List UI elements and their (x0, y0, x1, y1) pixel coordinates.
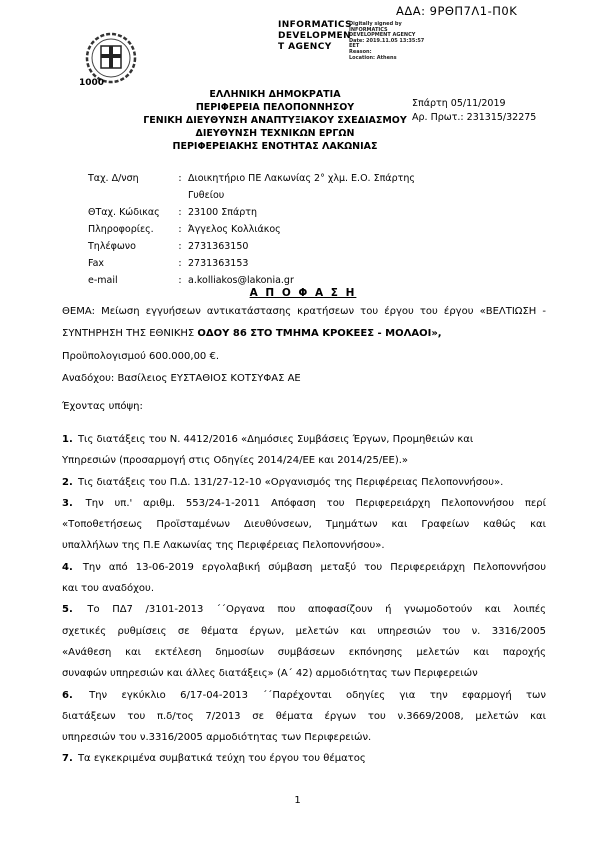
item-text: Τις διατάξεις του Π.Δ. 131/27-12-10 «Οργ… (78, 477, 503, 488)
list-item-line: 4. Την από 13-06-2019 εργολαβική σύμβαση… (62, 557, 546, 578)
subject-text-normal: ΣΥΝΤΗΡΗΣΗ ΤΗΣ ΕΘΝΙΚΗΣ (62, 328, 197, 339)
list-item-line: 2. Τις διατάξεις του Π.Δ. 131/27-12-10 «… (62, 472, 546, 493)
item-number: 2. (62, 477, 73, 488)
contact-label: ΘΤαχ. Κώδικας (88, 204, 172, 221)
contact-separator: : (172, 204, 188, 221)
item-text: Τα εγκεκριμένα συμβατικά τεύχη του έργου… (78, 753, 366, 764)
item-number: 6. (62, 690, 73, 701)
page-number: 1 (0, 795, 595, 806)
item-text: υπαλλήλων της Π.Ε Λακωνίας της Περιφέρει… (62, 540, 385, 551)
item-text: Τις διατάξεις του Ν. 4412/2016 «Δημόσιες… (78, 434, 473, 445)
signature-detail-line: Location: Athens (349, 56, 424, 62)
stamp-agency-line: T AGENCY (278, 42, 352, 53)
signature-details: Digitally signed by INFORMATICS DEVELOPM… (349, 22, 424, 61)
contact-info: Ταχ. Δ/νση : Διοικητήριο ΠΕ Λακωνίας 2° … (88, 170, 458, 289)
item-text: «Ανάθεση και εκτέλεση δημοσίων συμβάσεων… (62, 647, 546, 658)
list-item-line: 1. Τις διατάξεις του Ν. 4412/2016 «Δημόσ… (62, 429, 546, 450)
org-header: ΕΛΛΗΝΙΚΗ ΔΗΜΟΚΡΑΤΙΑ ΠΕΡΙΦΕΡΕΙΑ ΠΕΛΟΠΟΝΝΗ… (110, 88, 440, 153)
header-line-region: ΠΕΡΙΦΕΡΕΙΑ ΠΕΛΟΠΟΝΝΗΣΟΥ (110, 101, 440, 114)
emblem-caption: 1000 (79, 78, 104, 88)
decision-heading: Α Π Ο Φ Α Σ Η (60, 287, 546, 299)
list-item-line: διατάξεων του π.δ/τος 7/2013 σε θέματα έ… (62, 706, 546, 727)
item-text: και του αναδόχου. (62, 583, 154, 594)
contact-separator: : (172, 255, 188, 272)
header-line-republic: ΕΛΛΗΝΙΚΗ ΔΗΜΟΚΡΑΤΙΑ (110, 88, 440, 101)
contact-row-address: Ταχ. Δ/νση : Διοικητήριο ΠΕ Λακωνίας 2° … (88, 170, 458, 204)
legal-basis-list: 1. Τις διατάξεις του Ν. 4412/2016 «Δημόσ… (62, 429, 546, 770)
item-number: 3. (62, 498, 73, 509)
contact-row-postal-code: ΘΤαχ. Κώδικας : 23100 Σπάρτη (88, 204, 458, 221)
item-text: συναφών υπηρεσιών και άλλες διατάξεις» (… (62, 668, 478, 679)
list-item-line: 3. Την υπ.' αριθμ. 553/24-1-2011 Απόφαση… (62, 493, 546, 514)
stamp-agency-line: INFORMATICS (278, 20, 352, 31)
subject-paragraph: ΘΕΜΑ: Μείωση εγγυήσεων αντικατάστασης κρ… (62, 301, 546, 391)
subject-budget-line: Προϋπολογισμού 600.000,00 €. (62, 346, 546, 368)
list-item-line: συναφών υπηρεσιών και άλλες διατάξεις» (… (62, 663, 546, 684)
list-item-line: «Ανάθεση και εκτέλεση δημοσίων συμβάσεων… (62, 642, 546, 663)
contact-separator: : (172, 221, 188, 238)
protocol-block: Σπάρτη 05/11/2019 Αρ. Πρωτ.: 231315/3227… (412, 97, 536, 125)
subject-line: ΣΥΝΤΗΡΗΣΗ ΤΗΣ ΕΘΝΙΚΗΣ ΟΔΟΥ 86 ΣΤΟ ΤΜΗΜΑ … (62, 323, 546, 345)
item-text: Την από 13-06-2019 εργολαβική σύμβαση με… (83, 562, 546, 573)
having-regard-label: Έχοντας υπόψη: (62, 401, 143, 412)
protocol-place-date: Σπάρτη 05/11/2019 (412, 97, 536, 111)
header-line-directorate: ΔΙΕΥΘΥΝΣΗ ΤΕΧΝΙΚΩΝ ΕΡΓΩΝ (110, 127, 440, 140)
item-text: υπηρεσιών του ν.3316/2005 αρμοδιότητας τ… (62, 732, 371, 743)
emblem-svg (84, 31, 138, 85)
list-item-line: και του αναδόχου. (62, 578, 546, 599)
stamp-agency-line: DEVELOPMEN (278, 31, 352, 42)
contact-value: Διοικητήριο ΠΕ Λακωνίας 2° χλμ. Ε.Ο. Σπά… (188, 170, 458, 204)
contact-value: 2731363153 (188, 255, 458, 272)
item-text: Την εγκύκλιο 6/17-04-2013 ΄΄Παρέχονται ο… (89, 690, 546, 701)
contact-row-information: Πληροφορίες. : Άγγελος Κολλιάκος (88, 221, 458, 238)
contact-address-line1: Διοικητήριο ΠΕ Λακωνίας 2° χλμ. Ε.Ο. Σπά… (188, 173, 415, 184)
contact-value: 2731363150 (188, 238, 458, 255)
contact-label: Ταχ. Δ/νση (88, 170, 172, 204)
contact-value: 23100 Σπάρτη (188, 204, 458, 221)
contact-address-line2: Γυθείου (188, 187, 458, 204)
list-item-line: 5. Το ΠΔ7 /3101-2013 ΄΄Οργανα που αποφασ… (62, 599, 546, 620)
subject-text-bold: ΟΔΟΥ 86 ΣΤΟ ΤΜΗΜΑ ΚΡΟΚΕΕΣ - ΜΟΛΑΟΙ», (197, 328, 441, 339)
protocol-number: Αρ. Πρωτ.: 231315/32275 (412, 111, 536, 125)
contact-separator: : (172, 170, 188, 204)
list-item-line: σχετικές ρυθμίσεις σε θέματα έργων, μελε… (62, 621, 546, 642)
item-text: σχετικές ρυθμίσεις σε θέματα έργων, μελε… (62, 626, 546, 637)
contact-row-fax: Fax : 2731363153 (88, 255, 458, 272)
item-number: 5. (62, 604, 73, 615)
ada-code: ΑΔΑ: 9ΡΘΠ7Λ1-Π0Κ (396, 4, 517, 18)
contact-label: Fax (88, 255, 172, 272)
header-line-regional-unit: ΠΕΡΙΦΕΡΕΙΑΚΗΣ ΕΝΟΤΗΤΑΣ ΛΑΚΩΝΙΑΣ (110, 140, 440, 153)
item-text: διατάξεων του π.δ/τος 7/2013 σε θέματα έ… (62, 711, 546, 722)
list-item-line: «Τοποθετήσεως Προϊσταμένων Διευθύνσεων, … (62, 514, 546, 535)
list-item-line: υπηρεσιών του ν.3316/2005 αρμοδιότητας τ… (62, 727, 546, 748)
item-number: 7. (62, 753, 73, 764)
item-text: Την υπ.' αριθμ. 553/24-1-2011 Απόφαση το… (86, 498, 546, 509)
header-line-general-directorate: ΓΕΝΙΚΗ ΔΙΕΥΘΥΝΣΗ ΑΝΑΠΤΥΞΙΑΚΟΥ ΣΧΕΔΙΑΣΜΟΥ (110, 114, 440, 127)
contact-value: Άγγελος Κολλιάκος (188, 221, 458, 238)
item-text: Υπηρεσιών (προσαρμογή στις Οδηγίες 2014/… (62, 455, 408, 466)
list-item-line: 6. Την εγκύκλιο 6/17-04-2013 ΄΄Παρέχοντα… (62, 685, 546, 706)
contact-row-phone: Τηλέφωνο : 2731363150 (88, 238, 458, 255)
document-page: ΑΔΑ: 9ΡΘΠ7Λ1-Π0Κ INFORMATICS DEVELOPMEN … (0, 0, 595, 842)
item-number: 4. (62, 562, 73, 573)
item-number: 1. (62, 434, 73, 445)
contact-separator: : (172, 238, 188, 255)
signature-detail-line: Date: 2019.11.05 13:35:57 (349, 39, 424, 45)
contact-label: Τηλέφωνο (88, 238, 172, 255)
digital-signature-stamp: INFORMATICS DEVELOPMEN T AGENCY (278, 20, 352, 53)
item-text: Το ΠΔ7 /3101-2013 ΄΄Οργανα που αποφασίζο… (87, 604, 546, 615)
subject-line: ΘΕΜΑ: Μείωση εγγυήσεων αντικατάστασης κρ… (62, 301, 546, 323)
contact-label: Πληροφορίες. (88, 221, 172, 238)
list-item-line: Υπηρεσιών (προσαρμογή στις Οδηγίες 2014/… (62, 450, 546, 471)
contractor-line: Αναδόχου: Βασίλειος ΕΥΣΤΑΘΙΟΣ ΚΟΤΣΥΦΑΣ Α… (62, 368, 546, 390)
item-text: «Τοποθετήσεως Προϊσταμένων Διευθύνσεων, … (62, 519, 546, 530)
list-item-line: 7. Τα εγκεκριμένα συμβατικά τεύχη του έρ… (62, 748, 546, 769)
list-item-line: υπαλλήλων της Π.Ε Λακωνίας της Περιφέρει… (62, 535, 546, 556)
